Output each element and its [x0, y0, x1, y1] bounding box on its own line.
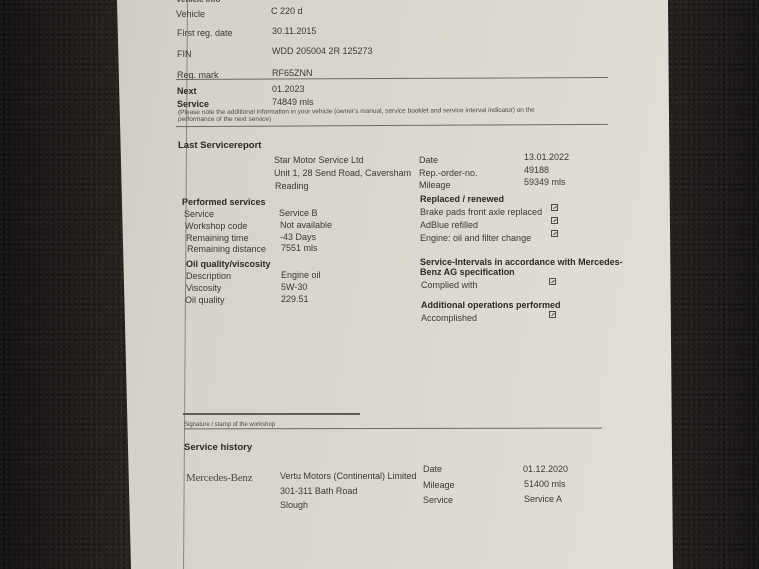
signature-line [183, 413, 360, 415]
history-mileage-value: 51400 mls [524, 479, 566, 489]
divider [176, 77, 608, 80]
oil-quality-title: Oil quality/viscosity [186, 259, 271, 269]
first-reg-date-value: 30.11.2015 [272, 26, 316, 36]
vehicle-label: Vehicle [176, 9, 205, 19]
date-label: Date [419, 155, 438, 165]
history-date-label: Date [423, 464, 442, 474]
checkbox-checked-icon [551, 230, 558, 237]
vehicle-info-title: Vehicle info [176, 0, 220, 4]
oil-viscosity-value: 5W-30 [281, 282, 307, 292]
service-intervals-title-line-2: Benz AG specification [420, 267, 515, 277]
next-service-date: 01.2023 [272, 84, 305, 94]
replaced-item: Engine: oil and filter change [420, 233, 531, 243]
service-history-title: Service history [184, 442, 252, 453]
checkbox-checked-icon [549, 278, 556, 285]
checkbox-checked-icon [549, 311, 556, 318]
history-workshop-name: Vertu Motors (Continental) Limited [280, 471, 417, 481]
mercedes-benz-logo: Mercedes-Benz [186, 472, 252, 484]
history-date-value: 01.12.2020 [523, 464, 568, 474]
remaining-distance-label: Remaining distance [187, 244, 266, 254]
next-service-note-line-2: performance of the next service) [178, 116, 271, 124]
service-intervals-title-line-1: Service-Intervals in accordance with Mer… [420, 257, 623, 267]
additional-operations-title: Additional operations performed [421, 300, 561, 310]
remaining-time-label: Remaining time [186, 233, 249, 243]
reg-mark-value: RF65ZNN [272, 68, 313, 78]
service-type-value: Service B [279, 208, 318, 218]
workshop-city: Reading [275, 181, 309, 191]
complied-with-label: Complied with [421, 280, 478, 290]
service-label: Service [177, 99, 209, 109]
remaining-distance-value: 7551 mls [281, 243, 318, 253]
next-label: Next [177, 86, 197, 96]
workshop-address: Unit 1, 28 Send Road, Caversham [274, 168, 411, 178]
oil-viscosity-label: Viscosity [186, 283, 221, 293]
next-service-mileage: 74849 mls [272, 97, 314, 107]
history-mileage-label: Mileage [423, 480, 455, 490]
replaced-item: Brake pads front axle replaced [420, 207, 542, 217]
fin-label: FIN [177, 49, 192, 59]
accomplished-label: Accomplished [421, 313, 477, 323]
history-service-label: Service [423, 495, 453, 505]
workshop-name: Star Motor Service Ltd [274, 155, 364, 165]
rep-order-no-value: 49188 [524, 165, 549, 175]
signature-label: Signature / stamp of the workshop [184, 422, 275, 428]
oil-quality-value: 229.51 [281, 294, 309, 304]
vehicle-value: C 220 d [271, 6, 303, 16]
workshop-code-value: Not available [280, 220, 332, 230]
checkbox-checked-icon [551, 217, 558, 224]
mileage-label: Mileage [419, 180, 451, 190]
rep-order-no-label: Rep.-order-no. [419, 168, 478, 178]
replaced-renewed-title: Replaced / renewed [420, 194, 504, 204]
workshop-code-label: Workshop code [185, 221, 247, 231]
history-workshop-address: 301-311 Bath Road [280, 486, 357, 496]
oil-description-value: Engine oil [281, 270, 321, 280]
divider [176, 124, 608, 127]
first-reg-date-label: First reg. date [177, 28, 233, 38]
checkbox-checked-icon [551, 204, 558, 211]
fin-value: WDD 205004 2R 125273 [272, 46, 373, 56]
divider [184, 428, 602, 430]
replaced-item: AdBlue refilled [420, 220, 478, 230]
history-workshop-city: Slough [280, 500, 308, 510]
oil-quality-label: Oil quality [185, 295, 225, 305]
remaining-time-value: -43 Days [280, 232, 316, 242]
mileage-value: 59349 mls [524, 177, 566, 187]
oil-description-label: Description [186, 271, 231, 281]
performed-services-title: Performed services [182, 197, 266, 207]
last-service-report-title: Last Servicereport [178, 140, 261, 151]
service-type-label: Service [184, 209, 214, 219]
history-service-value: Service A [524, 494, 562, 504]
date-value: 13.01.2022 [524, 152, 569, 162]
